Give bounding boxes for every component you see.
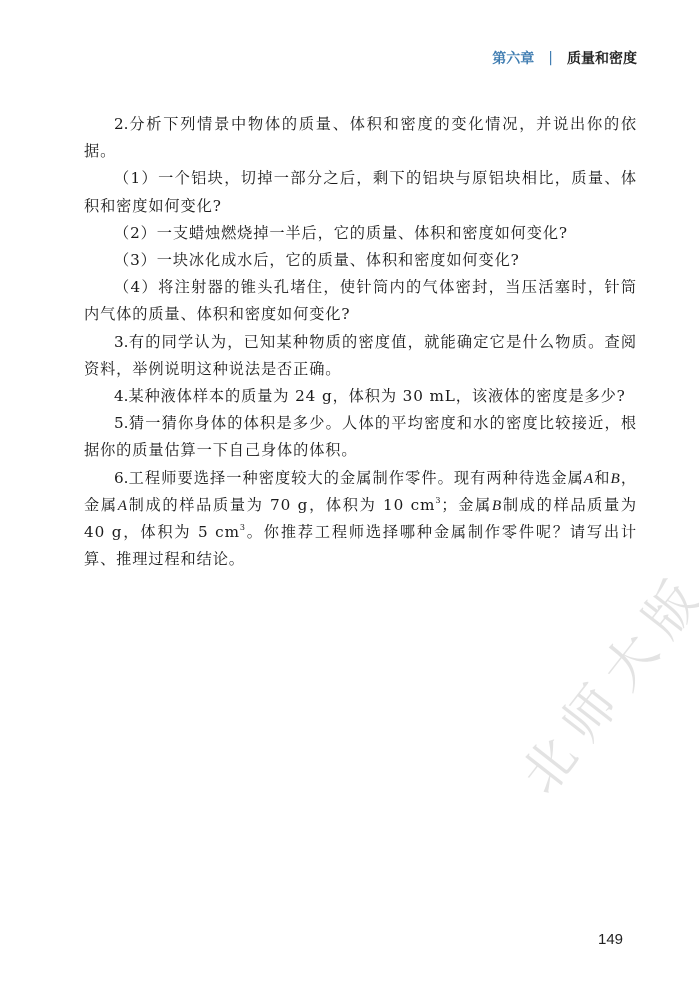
- question-2: 2.分析下列情景中物体的质量、体积和密度的变化情况，并说出你的依据。: [84, 111, 637, 165]
- sub-question-text: 一个铝块，切掉一部分之后，剩下的铝块与原铝块相比，质量、体积和密度如何变化?: [84, 169, 637, 214]
- running-header: 第六章 | 质量和密度: [492, 47, 637, 69]
- header-separator: |: [548, 50, 553, 66]
- question-text: 某种液体样本的质量为 24 g，体积为 30 mL，该液体的密度是多少?: [129, 387, 626, 405]
- question-text: 和: [594, 469, 610, 487]
- chapter-label: 第六章: [492, 48, 534, 68]
- sub-question-text: 一支蜡烛燃烧掉一半后，它的质量、体积和密度如何变化?: [157, 224, 568, 242]
- metal-b-symbol: B: [492, 497, 502, 514]
- question-text: 分析下列情景中物体的质量、体积和密度的变化情况，并说出你的依据。: [84, 115, 637, 160]
- sub-question-text: 将注射器的锥头孔堵住，使针筒内的气体密封，当压活塞时，针筒内气体的质量、体积和密…: [84, 278, 637, 323]
- question-number: 3.: [114, 333, 129, 351]
- chapter-title: 质量和密度: [567, 48, 637, 68]
- sub-question-label: （4）: [114, 278, 158, 296]
- question-6: 6.工程师要选择一种密度较大的金属制作零件。现有两种待选金属A和B，金属A制成的…: [84, 465, 637, 574]
- question-number: 6.: [114, 469, 129, 487]
- page-number: 149: [598, 931, 623, 948]
- sub-question-text: 一块冰化成水后，它的质量、体积和密度如何变化?: [157, 251, 520, 269]
- question-text: ；金属: [441, 496, 492, 514]
- question-2-part-2: （2）一支蜡烛燃烧掉一半后，它的质量、体积和密度如何变化?: [84, 220, 637, 247]
- question-3: 3.有的同学认为，已知某种物质的密度值，就能确定它是什么物质。查阅资料，举例说明…: [84, 329, 637, 383]
- metal-a-symbol: A: [118, 497, 128, 514]
- sub-question-label: （3）: [114, 251, 157, 269]
- exercise-list: 2.分析下列情景中物体的质量、体积和密度的变化情况，并说出你的依据。 （1）一个…: [84, 111, 637, 573]
- question-2-part-1: （1）一个铝块，切掉一部分之后，剩下的铝块与原铝块相比，质量、体积和密度如何变化…: [84, 165, 637, 219]
- question-text: 制成的样品质量为 70 g，体积为 10 cm: [128, 496, 435, 514]
- publisher-watermark: 北师大版: [500, 587, 699, 883]
- question-number: 2.: [114, 115, 129, 133]
- sub-question-label: （1）: [114, 169, 158, 187]
- question-text: 工程师要选择一种密度较大的金属制作零件。现有两种待选金属: [129, 469, 584, 487]
- question-2-part-3: （3）一块冰化成水后，它的质量、体积和密度如何变化?: [84, 247, 637, 274]
- question-number: 5.: [114, 414, 129, 432]
- question-number: 4.: [114, 387, 129, 405]
- question-text: 猜一猜你身体的体积是多少。人体的平均密度和水的密度比较接近，根据你的质量估算一下…: [84, 414, 637, 459]
- question-5: 5.猜一猜你身体的体积是多少。人体的平均密度和水的密度比较接近，根据你的质量估算…: [84, 410, 637, 464]
- sub-question-label: （2）: [114, 224, 157, 242]
- question-4: 4.某种液体样本的质量为 24 g，体积为 30 mL，该液体的密度是多少?: [84, 383, 637, 410]
- question-text: 有的同学认为，已知某种物质的密度值，就能确定它是什么物质。查阅资料，举例说明这种…: [84, 333, 637, 378]
- metal-a-symbol: A: [584, 470, 594, 487]
- question-2-part-4: （4）将注射器的锥头孔堵住，使针筒内的气体密封，当压活塞时，针筒内气体的质量、体…: [84, 274, 637, 328]
- metal-b-symbol: B: [611, 470, 621, 487]
